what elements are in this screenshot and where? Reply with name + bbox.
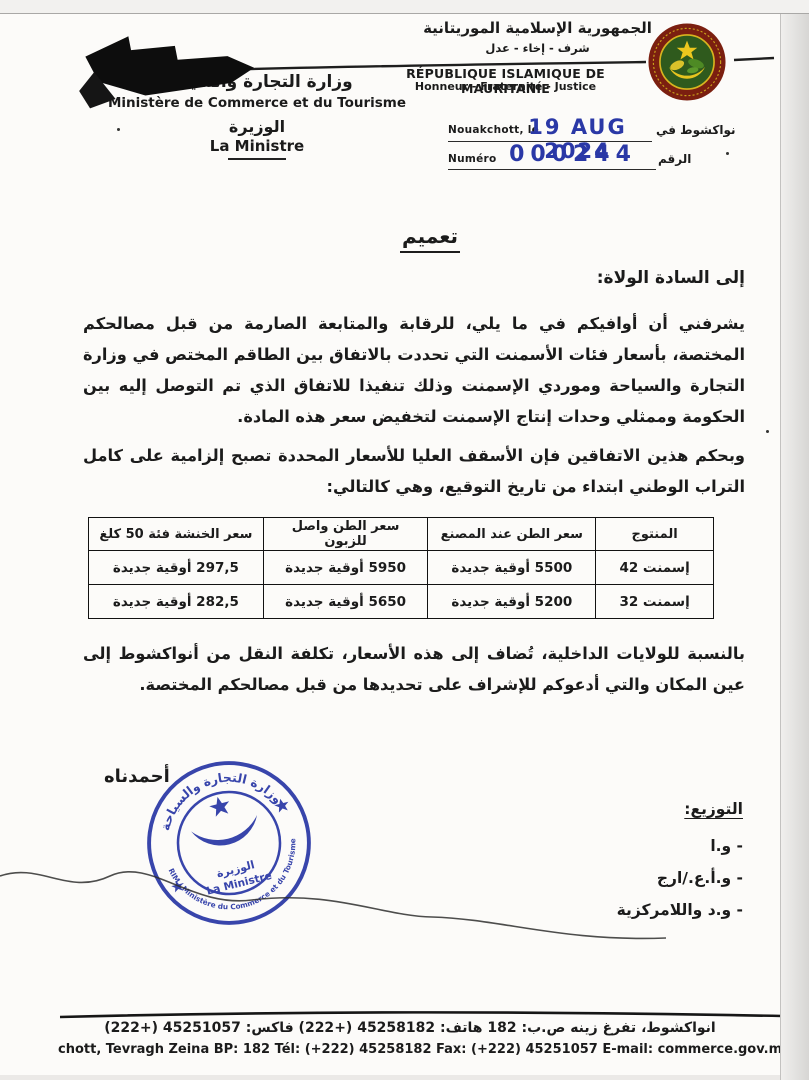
table-header-bag-price: سعر الخنشة فئة 50 كلغ — [89, 518, 264, 551]
table-cell: 5500 أوقية جديدة — [428, 551, 596, 585]
table-cell: 5200 أوقية جديدة — [428, 585, 596, 619]
scan-edge-top — [0, 0, 809, 14]
scanned-document-page: الجمهورية الإسلامية الموريتانية شرف - إخ… — [0, 0, 809, 1080]
scan-edge-right — [780, 0, 809, 1080]
table-header-delivered-price: سعر الطن واصل للزبون — [263, 518, 428, 551]
salutation: إلى السادة الولاة: — [597, 268, 745, 288]
table-cell: إسمنت 42 — [596, 551, 714, 585]
distribution-list: التوزيع: - و.ا - و.أ.ع./ارج - و.د واللام… — [617, 800, 743, 926]
table-row: إسمنت 42 5500 أوقية جديدة 5950 أوقية جدي… — [89, 551, 714, 585]
table-cell: 282,5 أوقية جديدة — [89, 585, 264, 619]
table-cell: 5950 أوقية جديدة — [263, 551, 428, 585]
table-header-product: المنتوج — [596, 518, 714, 551]
minister-title-underline — [228, 158, 286, 160]
table-cell: إسمنت 32 — [596, 585, 714, 619]
numero-label-arabic: الرقم — [658, 152, 691, 166]
table-cell: 297,5 أوقية جديدة — [89, 551, 264, 585]
table-row: إسمنت 32 5200 أوقية جديدة 5650 أوقية جدي… — [89, 585, 714, 619]
body-paragraph-3: بالنسبة للولايات الداخلية، تُضاف إلى هذه… — [83, 638, 745, 700]
stamp-crescent — [191, 815, 262, 853]
scan-edge-bottom — [0, 1075, 809, 1080]
table-header-factory-price: سعر الطن عند المصنع — [428, 518, 596, 551]
body-paragraph-1: يشرفني أن أوافيكم في ما يلي، للرقابة وال… — [83, 308, 745, 432]
scan-smudge-artifact — [76, 17, 270, 117]
document-title: تعميم — [370, 224, 490, 248]
distribution-item: - و.أ.ع./ارج — [617, 862, 743, 894]
numero-label-french: Numéro — [448, 153, 497, 165]
distribution-item: - و.ا — [617, 830, 743, 862]
footer-address-french: chott, Tevragh Zeina BP: 182 Tél: (+222)… — [58, 1042, 784, 1057]
scan-speck — [766, 430, 769, 433]
numero-value: 000244 — [498, 142, 648, 167]
table-header-row: المنتوج سعر الطن عند المصنع سعر الطن واص… — [89, 518, 714, 551]
stamp-crescent-star-icon — [208, 794, 232, 817]
table-cell: 5650 أوقية جديدة — [263, 585, 428, 619]
distribution-item: - و.د واللامركزية — [617, 894, 743, 926]
body-paragraph-2: وبحكم هذين الاتفاقين فإن الأسقف العليا ل… — [83, 440, 745, 502]
cement-price-table: المنتوج سعر الطن عند المصنع سعر الطن واص… — [88, 517, 714, 619]
national-emblem-icon — [646, 21, 728, 103]
scan-speck — [726, 152, 729, 155]
footer-address-arabic: انواكشوط، تفرغ زينه ص.ب: 182 هاتف: 45258… — [80, 1020, 740, 1036]
document-title-text: تعميم — [400, 224, 460, 253]
distribution-heading: التوزيع: — [617, 800, 743, 818]
numero-underline — [448, 169, 656, 170]
